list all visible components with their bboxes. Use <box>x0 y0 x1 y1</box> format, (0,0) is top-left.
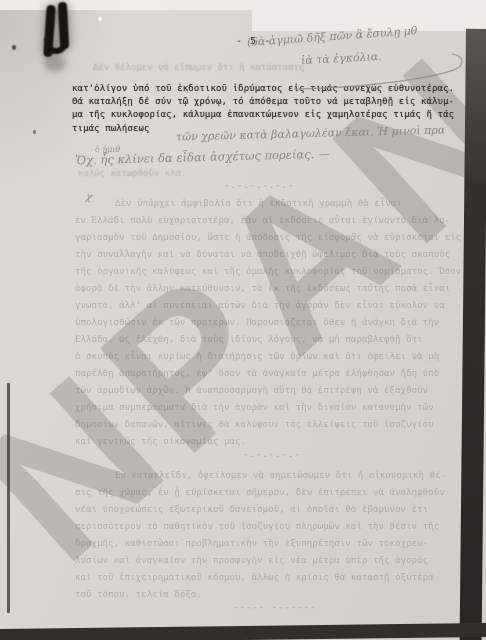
faded-typed-line: τοῦ τόπου. τελεία δόξα. <box>75 587 467 604</box>
faded-typed-line: νέαι ὑποχρεώσεις ἐξωτερικοῦ δανεισμοῦ, α… <box>75 502 467 519</box>
scanned-document-page: Δὲν θέλομεν νὰ εἴπωμεν ὅτι ἡ κατάστασις … <box>0 0 486 640</box>
scan-edge-bottom <box>0 623 486 640</box>
typed-line: κατ'ὀλίγον ὑπό τοῦ ἐκδοτικοῦ ἱδρύματος ε… <box>72 83 467 96</box>
faded-typed-line: καὶ τοῦ ἐπιχειρηματικοῦ κόσμου, ἄλλως ἡ … <box>75 570 467 587</box>
faded-typed-line: ὁ σκοπὸς εἶναι κυρίως ἡ διατήρησις τῶν ὁ… <box>75 349 467 366</box>
dashed-separator: -.-.-.-.-.- <box>224 181 295 191</box>
scan-background-topright <box>252 0 486 31</box>
faded-typed-line: δημοσίων δαπανῶν, αἵτινες θὰ καλύψουν τὰ… <box>75 417 467 434</box>
faded-typed-line: λυσίων καὶ ἀναγκαίαν τὴν προσφυγὴν εἰς ν… <box>75 553 467 570</box>
faded-typed-line: χρήσιμα συμπεράσματα διὰ τὴν ἀγορὰν καὶ … <box>75 400 467 417</box>
ghost-typed-line: καλῶς κατωρθοῦν κλπ. <box>78 169 338 179</box>
faded-paragraph-1: Δὲν ὑπάρχει ἀμφιβολία ὅτι ἡ ἐκδοτικὴ γρα… <box>75 196 467 454</box>
typed-line: Θά καταλήξῃ δέ σύν τῷ χρόνῳ, τό ἀπόθεμα … <box>72 96 467 109</box>
ink-speck <box>33 130 36 134</box>
faded-paragraph-2: Ἐν κατακλεῖδι, ὀφείλομεν νὰ σημειώσωμεν … <box>75 468 467 608</box>
faded-typed-line: τὴν συναλλαγὴν καὶ νὰ δύναται νὰ ἀποδειχ… <box>75 247 467 264</box>
dashed-separator: -.-.-.-.- <box>243 450 301 460</box>
faded-typed-line: δραχμῆς, καθιστῶσαι προβληματικὴν τὴν ἐξ… <box>75 536 467 553</box>
faded-typed-line: ὑπολογισθῶσιν ἐκ τῶν προτέρων. Παρουσιάζ… <box>75 315 467 332</box>
faded-typed-line: ἀφορᾷ δὲ τὴν ἄλλην κατεύθυνσιν, τὰ ἐκ τῆ… <box>75 281 467 298</box>
faded-typed-line: Ἑλλάδα, ὡς ἐλέχθη, διὰ τοὺς ἰδίους λόγου… <box>75 332 467 349</box>
faded-typed-line: ἐν Ἑλλάδι πολὺ εὐχαριστοτέρα, ἐὰν αἱ ἐκδ… <box>75 213 467 230</box>
typed-line: μα τῆς κυκλοφορίας, κάλυμμα ἐπανακτώμενο… <box>72 109 467 122</box>
ink-speck <box>12 45 16 50</box>
faded-typed-line: σις τῆς χώρας, ἐν ᾗ εὑρίσκεται σήμερον, … <box>75 485 467 502</box>
faded-typed-line: παρέλθῃ ἀπαρατήρητος, ἐφ' ὅσον τὰ ἀναγκα… <box>75 366 467 383</box>
faded-typed-line: Δὲν ὑπάρχει ἀμφιβολία ὅτι ἡ ἐκδοτικὴ γρα… <box>75 196 467 213</box>
faded-typed-line: Ἐν κατακλεῖδι, ὀφείλομεν νὰ σημειώσωμεν … <box>75 468 467 485</box>
faded-typed-line: γαριασμὸν τοῦ Δημοσίου, ὥστε ἡ ἀπόδοσις … <box>75 230 467 247</box>
ink-smudge <box>44 56 66 72</box>
faded-typed-line: γνωστά, ἀλλ' αἱ συνέπειαι αὐτῶν διὰ τὴν … <box>75 298 467 315</box>
faded-typed-line: καὶ γενικῶς τῆς οἰκονομίας μας. <box>75 434 467 451</box>
faded-typed-line: τῶν ἁρμοδίων ἀρχῶν. Ἡ ἀναπροσαρμογὴ αὕτη… <box>75 383 467 400</box>
faded-typed-line: περισσότερον τὸ παθητικὸν τοῦ ἰσοζυγίου … <box>75 519 467 536</box>
paper-speck <box>98 17 102 21</box>
faded-typed-line: τῆς ὀργανικῆς καλύψεως καὶ τῆς ὁμαλῆς κυ… <box>75 264 467 281</box>
scan-edge-left-line <box>7 383 10 613</box>
ghost-typed-line: Δὲν θέλομεν νὰ εἴπωμεν ὅτι ἡ κατάστασις <box>93 63 423 73</box>
dashed-separator: ----- ------- <box>233 603 316 613</box>
